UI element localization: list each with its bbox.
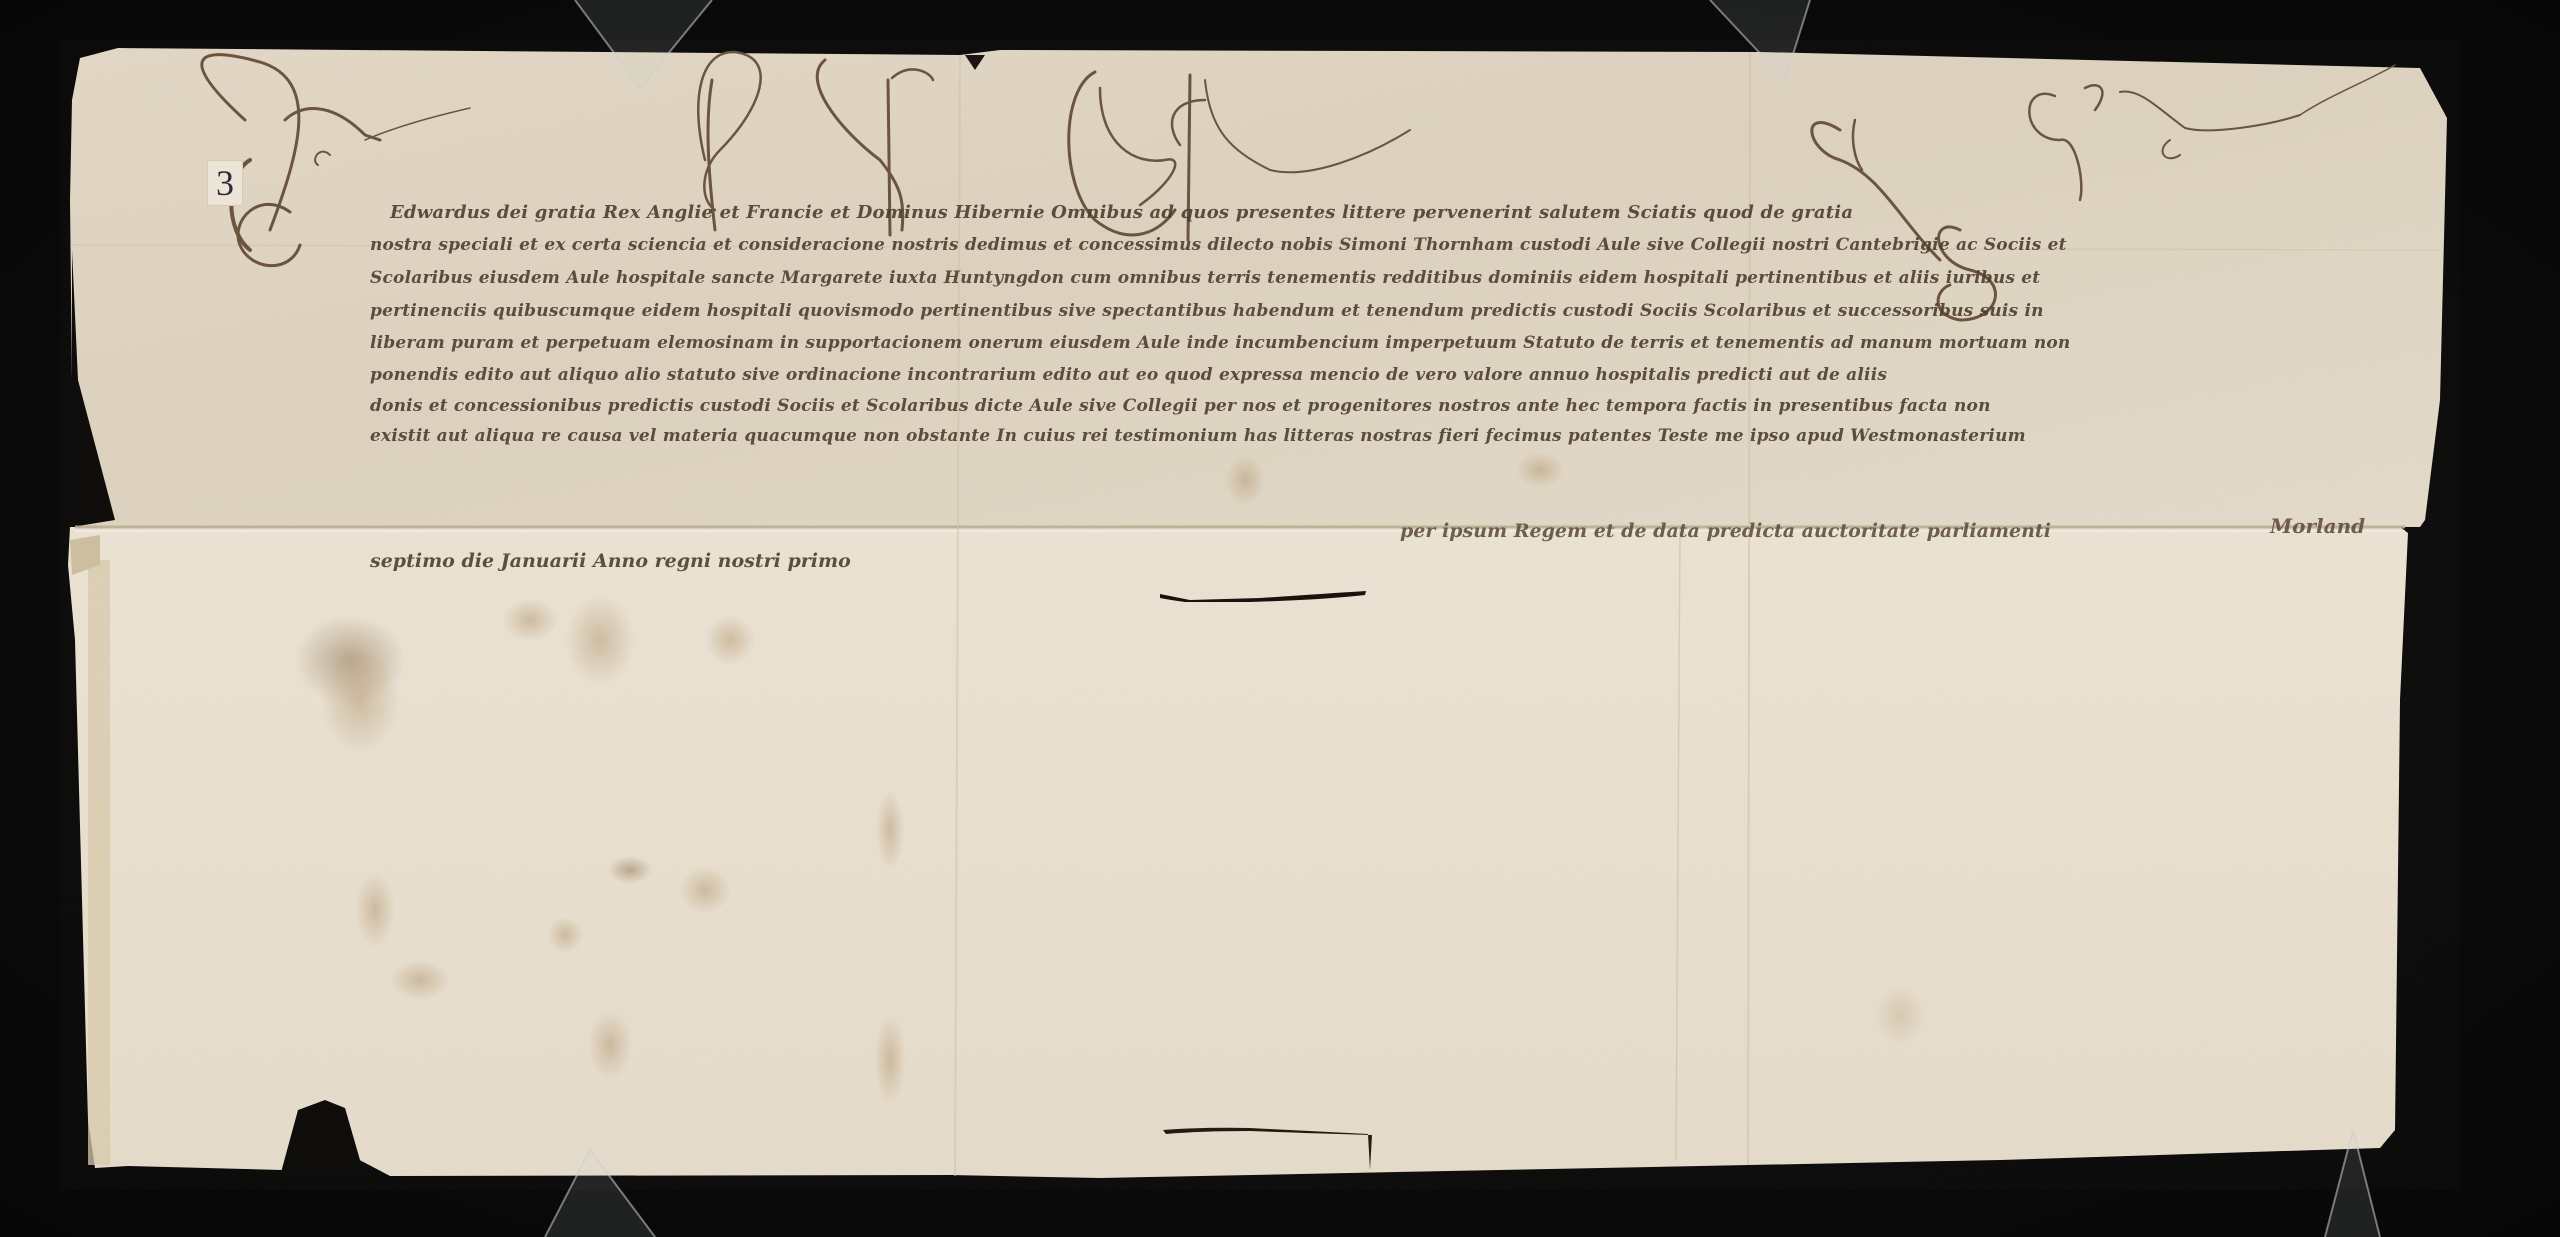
parchment-sheet — [0, 0, 2560, 1237]
text-line: ponendis edito aut aliquo alio statuto s… — [370, 365, 1887, 385]
document-viewer: 3 Edwardus dei gratia Rex Anglie et Fran… — [0, 0, 2560, 1237]
text-line: Scolaribus eiusdem Aule hospitale sancte… — [370, 268, 2040, 288]
text-line: donis et concessionibus predictis custod… — [370, 396, 1991, 416]
warrant-note: per ipsum Regem et de data predicta auct… — [1400, 520, 2051, 542]
text-line: nostra speciali et ex certa sciencia et … — [370, 235, 2067, 255]
dating-clause: septimo die Januarii Anno regni nostri p… — [370, 550, 851, 572]
shelf-number-label: 3 — [207, 160, 243, 206]
text-line: Edwardus dei gratia Rex Anglie et Franci… — [390, 202, 1853, 223]
text-line: liberam puram et perpetuam elemosinam in… — [370, 333, 2070, 353]
clerk-signature: Morland — [2270, 514, 2365, 538]
text-line: pertinenciis quibuscumque eidem hospital… — [370, 301, 2044, 321]
text-line: existit aut aliqua re causa vel materia … — [370, 426, 2026, 446]
